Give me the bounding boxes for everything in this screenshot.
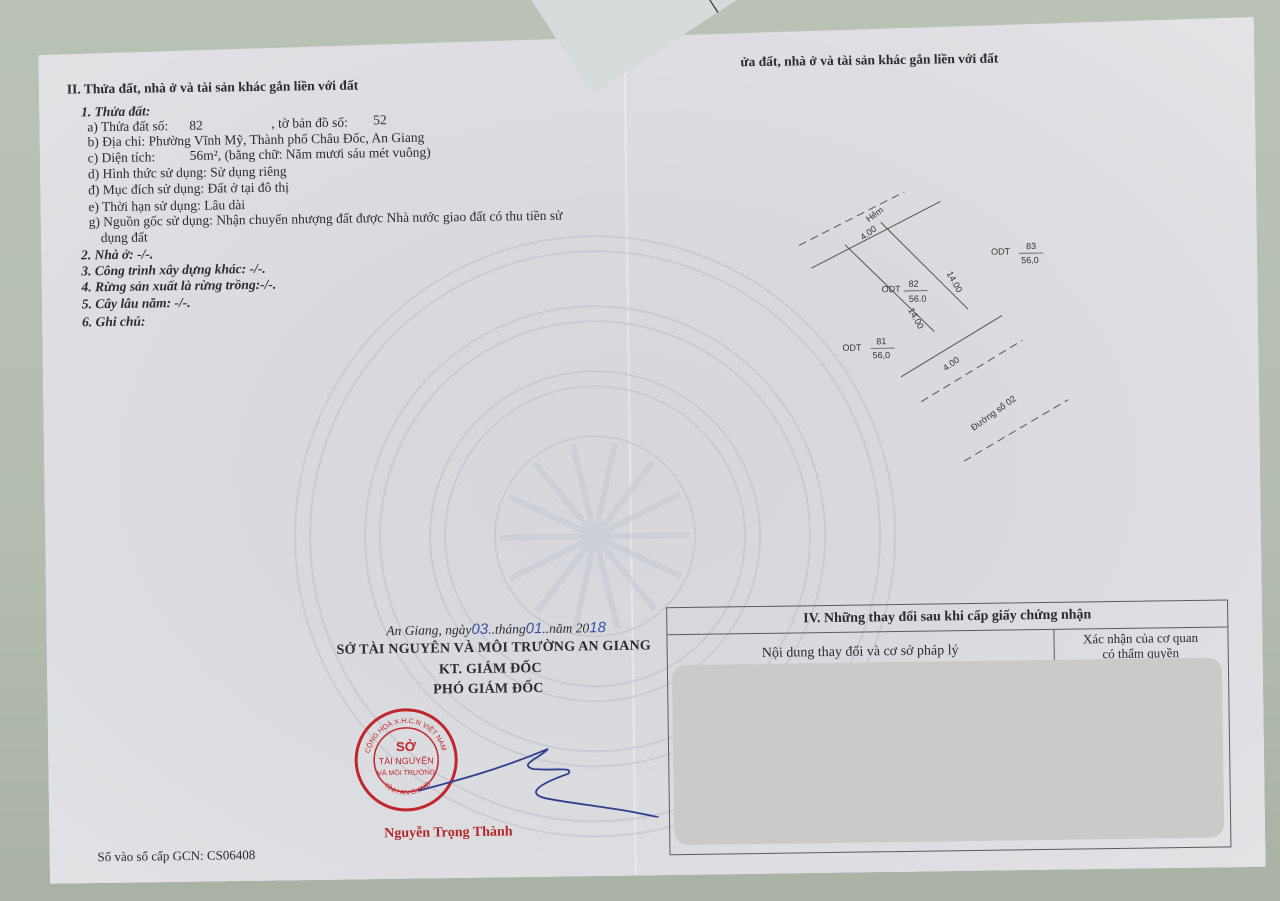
road-label: Đường số 02 (969, 394, 1018, 433)
date-year-prefix: ..năm 20 (542, 620, 589, 636)
lot-83-type: ODT (991, 246, 1011, 256)
lot-82-type: ODT (882, 284, 902, 294)
date-prefix: An Giang, ngày (386, 622, 471, 638)
signer-title: PHÓ GIÁM ĐỐC (433, 681, 544, 699)
item-notes: 6. Ghi chú: (82, 314, 146, 331)
lot-83-number: 83 (1026, 241, 1036, 251)
item-house: 2. Nhà ở: -/-. (81, 246, 153, 263)
date-month-prefix: ..tháng (488, 621, 526, 637)
date-line: An Giang, ngày03..tháng01..năm 2018 (386, 620, 606, 639)
usage-origin-cont: dụng đất (101, 229, 148, 246)
lot-81-number: 81 (876, 336, 886, 346)
changes-col-confirm: Xác nhận của cơ quan có thẩm quyền (1053, 627, 1226, 661)
date-year: 18 (589, 619, 606, 636)
side-right: 14.00 (945, 269, 965, 294)
map-sheet-value: 52 (373, 112, 387, 128)
side-left: 14.00 (906, 306, 926, 331)
lot-83-area: 56,0 (1021, 255, 1039, 265)
lot-81-type: ODT (842, 343, 862, 353)
usage-purpose: đ) Mục đích sử dụng: Đất ở tại đô thị (88, 180, 289, 199)
lot-81-area: 56,0 (872, 350, 890, 360)
area-value: 56m², (bằng chữ: Năm mươi sáu mét vuông) (190, 145, 431, 164)
for-director: KT. GIÁM ĐỐC (439, 661, 542, 678)
area-label: c) Diện tích: (88, 149, 156, 166)
date-month: 01 (526, 620, 543, 637)
date-day: 03 (471, 621, 488, 638)
map-sheet-label: , tờ bản đồ số: (271, 115, 348, 132)
section-title-right: ửa đất, nhà ở và tài sản khác gắn liền v… (740, 51, 998, 71)
certificate-sheet: II. Thửa đất, nhà ở và tài sản khác gắn … (38, 17, 1266, 884)
front-width: 4.00 (858, 224, 878, 242)
handwritten-signature (418, 737, 659, 820)
item-perennial: 5. Cây lâu năm: -/-. (82, 295, 191, 313)
parcel-map: Hẻm 4.00 14.00 14.00 4.00 Đường số 02 OD… (780, 188, 1164, 513)
changes-col-content: Nội dung thay đổi và cơ sở pháp lý (667, 630, 1052, 663)
redaction-box (672, 658, 1224, 846)
agency-name: SỞ TÀI NGUYÊN VÀ MÔI TRƯỜNG AN GIANG (337, 639, 652, 659)
section-title: II. Thửa đất, nhà ở và tài sản khác gắn … (67, 78, 359, 98)
lot-82-area: 56.0 (909, 294, 927, 304)
back-width: 4.00 (941, 355, 961, 373)
signer-name: Nguyễn Trọng Thành (384, 824, 513, 842)
lot-82-number: 82 (909, 279, 919, 289)
registry-number: Số vào sổ cấp GCN: CS06408 (97, 847, 255, 865)
alley-label: Hẻm (864, 205, 885, 224)
stamp-line-1: SỞ (396, 739, 417, 754)
parcel-number-value: 82 (189, 118, 203, 134)
item-forest: 4. Rừng sản xuất là rừng trồng:-/-. (81, 277, 276, 296)
